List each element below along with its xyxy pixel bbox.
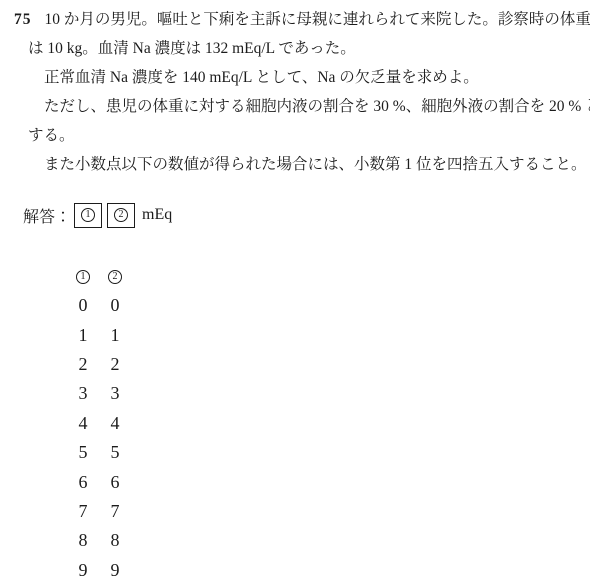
- digit-option-col2-3[interactable]: 3: [102, 383, 128, 404]
- digit-option-col1-3[interactable]: 3: [70, 383, 96, 404]
- question-line: は 10 kg。血清 Na 濃度は 132 mEq/L であった。: [0, 34, 590, 63]
- question-line-text: 10 か月の男児。嘔吐と下痢を主訴に母親に連れられて来院した。診察時の体重: [45, 11, 590, 28]
- question-line: 正常血清 Na 濃度を 140 mEq/L として、Na の欠乏量を求めよ。: [0, 63, 590, 92]
- circled-2-icon: 2: [108, 270, 122, 284]
- marksheet-header: 1 2: [70, 262, 130, 291]
- digit-option-col1-2[interactable]: 2: [70, 354, 96, 375]
- marksheet-column-header-1: 1: [70, 270, 96, 284]
- digit-option-col2-0[interactable]: 0: [102, 295, 128, 316]
- question-statement: 7510 か月の男児。嘔吐と下痢を主訴に母親に連れられて来院した。診察時の体重 …: [0, 0, 590, 179]
- digit-option-col2-8[interactable]: 8: [102, 530, 128, 551]
- marksheet-row: 6 6: [70, 467, 130, 496]
- question-line: ただし、患児の体重に対する細胞内液の割合を 30 %、細胞外液の割合を 20 %…: [0, 92, 590, 121]
- marksheet-row: 4 4: [70, 409, 130, 438]
- circled-1-icon: 1: [81, 208, 95, 222]
- digit-option-col2-1[interactable]: 1: [102, 325, 128, 346]
- marksheet-row: 0 0: [70, 291, 130, 320]
- question-line: する。: [0, 121, 590, 150]
- question-number: 75: [14, 11, 32, 28]
- digit-option-col2-2[interactable]: 2: [102, 354, 128, 375]
- digit-option-col2-5[interactable]: 5: [102, 442, 128, 463]
- digit-option-col2-7[interactable]: 7: [102, 501, 128, 522]
- marksheet-row: 2 2: [70, 350, 130, 379]
- marksheet-row: 9 9: [70, 556, 130, 581]
- digit-option-col1-8[interactable]: 8: [70, 530, 96, 551]
- digit-option-col1-6[interactable]: 6: [70, 472, 96, 493]
- answer-slot-2-box[interactable]: 2: [107, 203, 135, 228]
- digit-option-col2-6[interactable]: 6: [102, 472, 128, 493]
- digit-option-col1-0[interactable]: 0: [70, 295, 96, 316]
- marksheet-row: 8 8: [70, 526, 130, 555]
- digit-option-col1-1[interactable]: 1: [70, 325, 96, 346]
- marksheet: 1 2 0 0 1 1 2 2 3 3 4 4 5 5: [70, 262, 130, 581]
- circled-1-icon: 1: [76, 270, 90, 284]
- marksheet-column-header-2: 2: [102, 270, 128, 284]
- marksheet-row: 5 5: [70, 438, 130, 467]
- digit-option-col1-5[interactable]: 5: [70, 442, 96, 463]
- question-line: 7510 か月の男児。嘔吐と下痢を主訴に母親に連れられて来院した。診察時の体重: [0, 5, 590, 34]
- digit-option-col2-4[interactable]: 4: [102, 413, 128, 434]
- digit-option-col2-9[interactable]: 9: [102, 560, 128, 581]
- answer-slot-1-box[interactable]: 1: [74, 203, 102, 228]
- question-line: また小数点以下の数値が得られた場合には、小数第 1 位を四捨五入すること。: [0, 150, 590, 179]
- digit-option-col1-9[interactable]: 9: [70, 560, 96, 581]
- digit-option-col1-7[interactable]: 7: [70, 501, 96, 522]
- exam-question-page: 7510 か月の男児。嘔吐と下痢を主訴に母親に連れられて来院した。診察時の体重 …: [0, 0, 590, 581]
- digit-option-col1-4[interactable]: 4: [70, 413, 96, 434]
- marksheet-row: 7 7: [70, 497, 130, 526]
- marksheet-row: 3 3: [70, 379, 130, 408]
- answer-line: 解答： 1 2 mEq: [23, 200, 590, 230]
- marksheet-row: 1 1: [70, 320, 130, 349]
- answer-label: 解答：: [23, 204, 71, 227]
- answer-unit: mEq: [142, 206, 172, 224]
- circled-2-icon: 2: [114, 208, 128, 222]
